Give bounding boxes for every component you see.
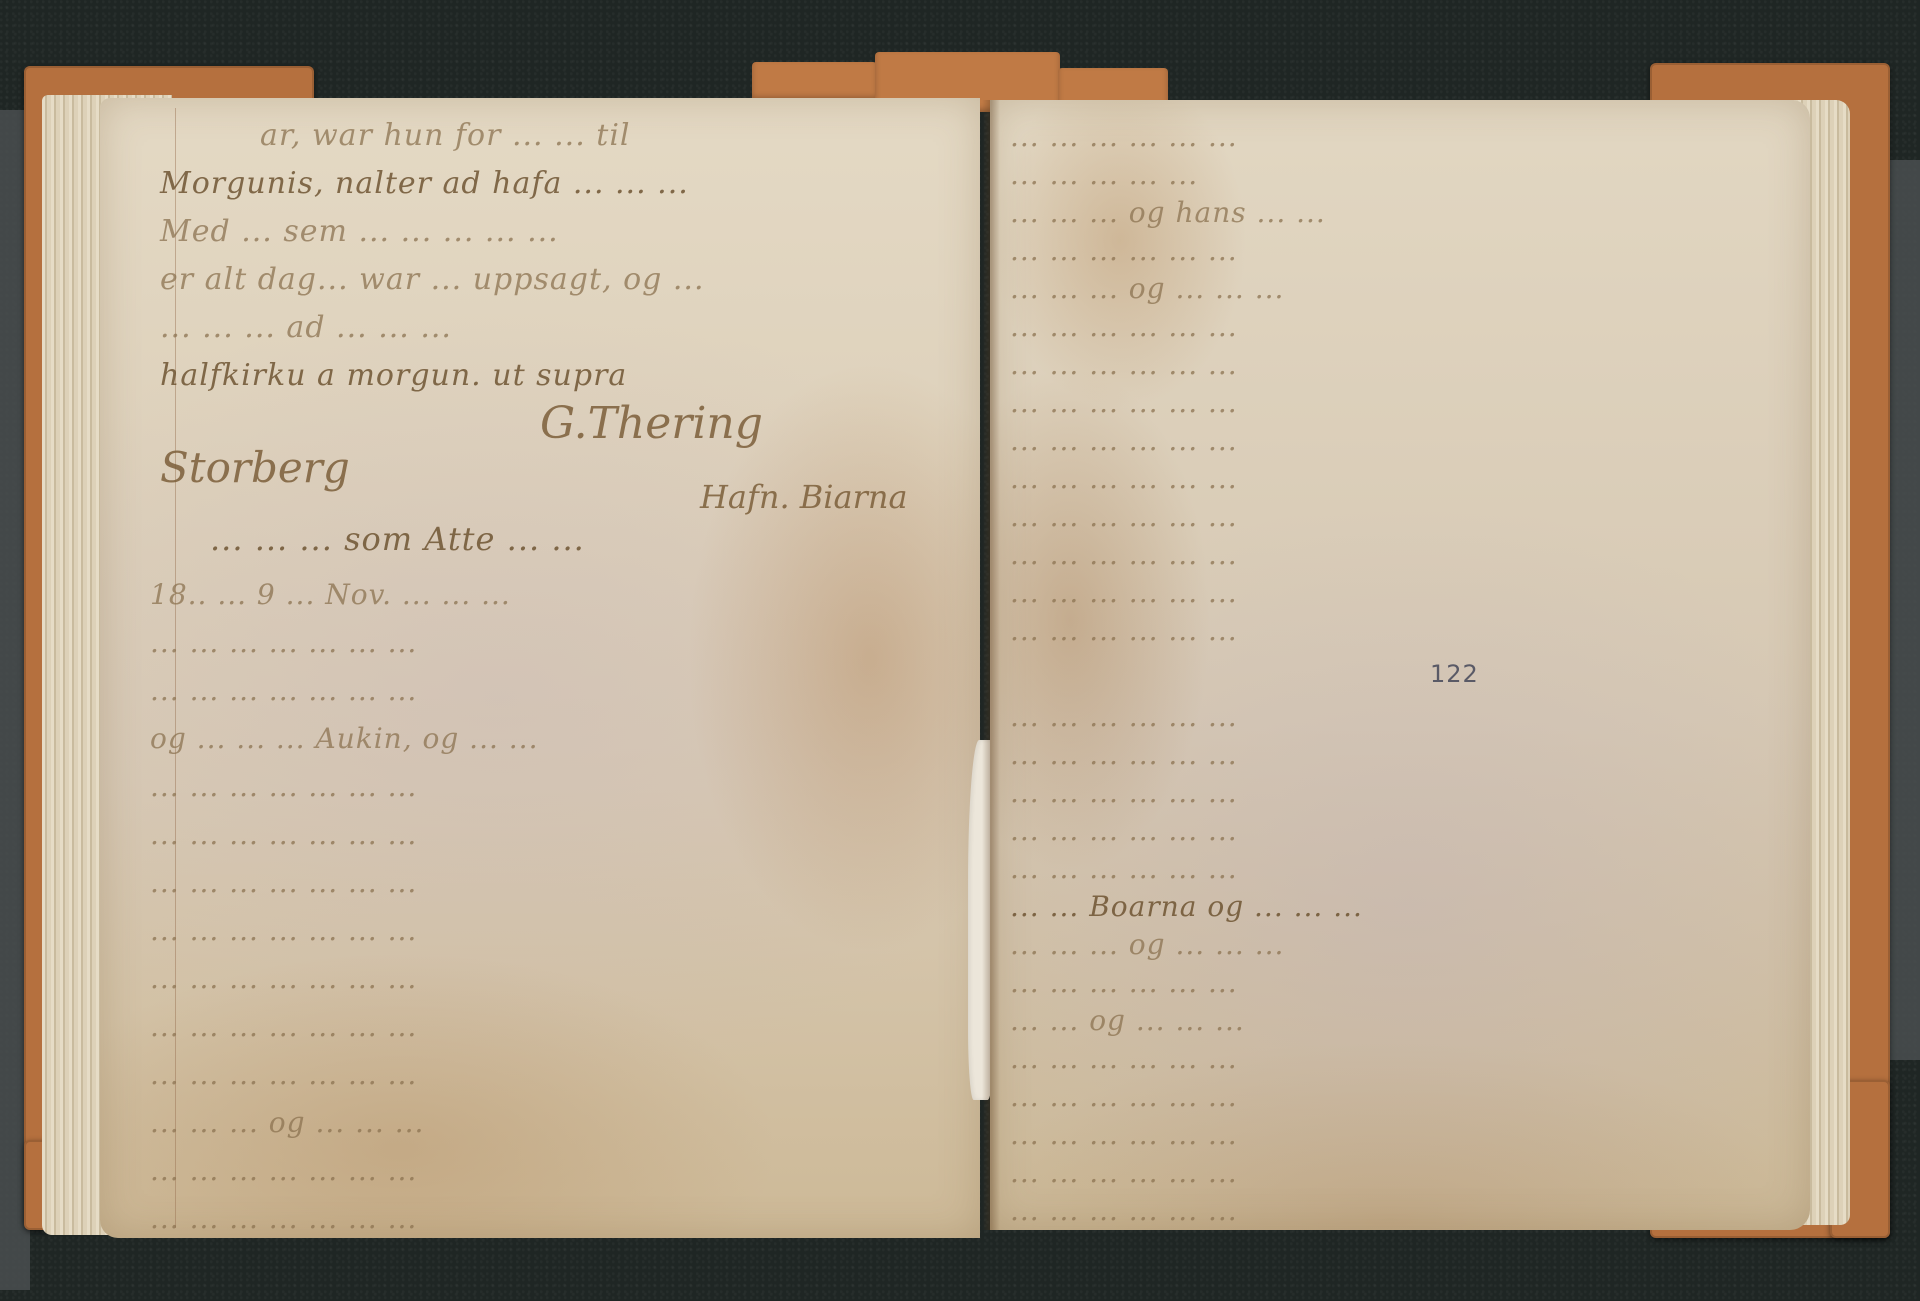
text-line: ... ... Boarna og ... ... ... <box>1010 890 1363 923</box>
text-line: ... ... ... ... ... ... ... <box>150 962 417 995</box>
text-line: ... ... ... ... ... ... <box>1010 424 1238 457</box>
text-line: ... ... ... ... ... ... <box>1010 738 1238 771</box>
text-line: ... ... ... ... ... ... <box>1010 966 1238 999</box>
text-line: ... ... ... ... ... ... <box>1010 776 1238 809</box>
text-line: ... ... ... ... ... ... <box>1010 500 1238 533</box>
text-line: ar, war hun for ... ... til <box>260 118 631 153</box>
text-line: 18.. ... 9 ... Nov. ... ... ... <box>150 578 511 611</box>
text-line: ... ... ... ... ... ... <box>1010 348 1238 381</box>
text-line: ... ... ... ... ... ... <box>1010 1080 1238 1113</box>
text-line: ... ... ... og ... ... ... <box>1010 272 1284 305</box>
text-line: ... ... ... ... ... ... <box>1010 538 1238 571</box>
heading-line: ... ... ... som Atte ... ... <box>210 520 585 558</box>
text-line: ... ... ... og ... ... ... <box>1010 928 1284 961</box>
text-line: Morgunis, nalter ad hafa ... ... ... <box>160 166 689 201</box>
left-page: ar, war hun for ... ... til Morgunis, na… <box>100 98 980 1238</box>
text-line: halfkirku a morgun. ut supra <box>160 358 627 393</box>
text-line: ... ... ... ... ... ... ... <box>150 1202 417 1235</box>
text-line: ... ... ... ... ... ... <box>1010 1118 1238 1151</box>
text-line: ... ... ... ad ... ... ... <box>160 310 452 345</box>
page-number: 122 <box>1430 660 1479 688</box>
text-line: ... ... ... ... ... ... ... <box>150 674 417 707</box>
text-line: ... ... ... ... ... ... ... <box>150 1010 417 1043</box>
text-line: ... ... ... ... ... ... <box>1010 814 1238 847</box>
text-line: ... ... ... ... ... ... ... <box>150 866 417 899</box>
text-line: ... ... ... ... ... <box>1010 158 1198 191</box>
text-line: ... ... ... ... ... ... <box>1010 1194 1238 1227</box>
text-line: ... ... ... og hans ... ... <box>1010 196 1326 229</box>
text-line: ... ... ... ... ... ... ... <box>150 1058 417 1091</box>
text-line: ... ... ... ... ... ... <box>1010 1042 1238 1075</box>
text-line: ... ... ... ... ... ... <box>1010 386 1238 419</box>
signature-thering: G.Thering <box>540 398 763 449</box>
text-line: er alt dag... war ... uppsagt, og ... <box>160 262 704 297</box>
text-line: ... ... og ... ... ... <box>1010 1004 1245 1037</box>
text-line: ... ... ... ... ... ... <box>1010 700 1238 733</box>
book-gutter <box>982 100 1000 1230</box>
text-line: ... ... ... ... ... ... ... <box>150 818 417 851</box>
text-line: ... ... ... ... ... ... <box>1010 576 1238 609</box>
text-line: ... ... ... ... ... ... <box>1010 310 1238 343</box>
text-line: og ... ... ... Aukin, og ... ... <box>150 722 538 755</box>
text-line: ... ... ... ... ... ... <box>1010 234 1238 267</box>
text-line: ... ... ... ... ... ... ... <box>150 914 417 947</box>
text-line: ... ... ... ... ... ... <box>1010 852 1238 885</box>
text-line: ... ... ... ... ... ... <box>1010 1156 1238 1189</box>
signature-storberg: Storberg <box>160 443 350 492</box>
text-line: ... ... ... ... ... ... <box>1010 120 1238 153</box>
text-line: ... ... ... og ... ... ... <box>150 1106 424 1139</box>
spine-piece-left <box>752 62 877 100</box>
text-line: ... ... ... ... ... ... ... <box>150 1154 417 1187</box>
signature-biarna: Hafn. Biarna <box>700 478 908 516</box>
text-line: ... ... ... ... ... ... <box>1010 462 1238 495</box>
text-line: ... ... ... ... ... ... <box>1010 614 1238 647</box>
text-line: ... ... ... ... ... ... ... <box>150 626 417 659</box>
right-page: 122 ... ... ... ... ... ... ... ... ... … <box>990 100 1810 1230</box>
text-line: ... ... ... ... ... ... ... <box>150 770 417 803</box>
text-line: Med ... sem ... ... ... ... ... <box>160 214 559 249</box>
